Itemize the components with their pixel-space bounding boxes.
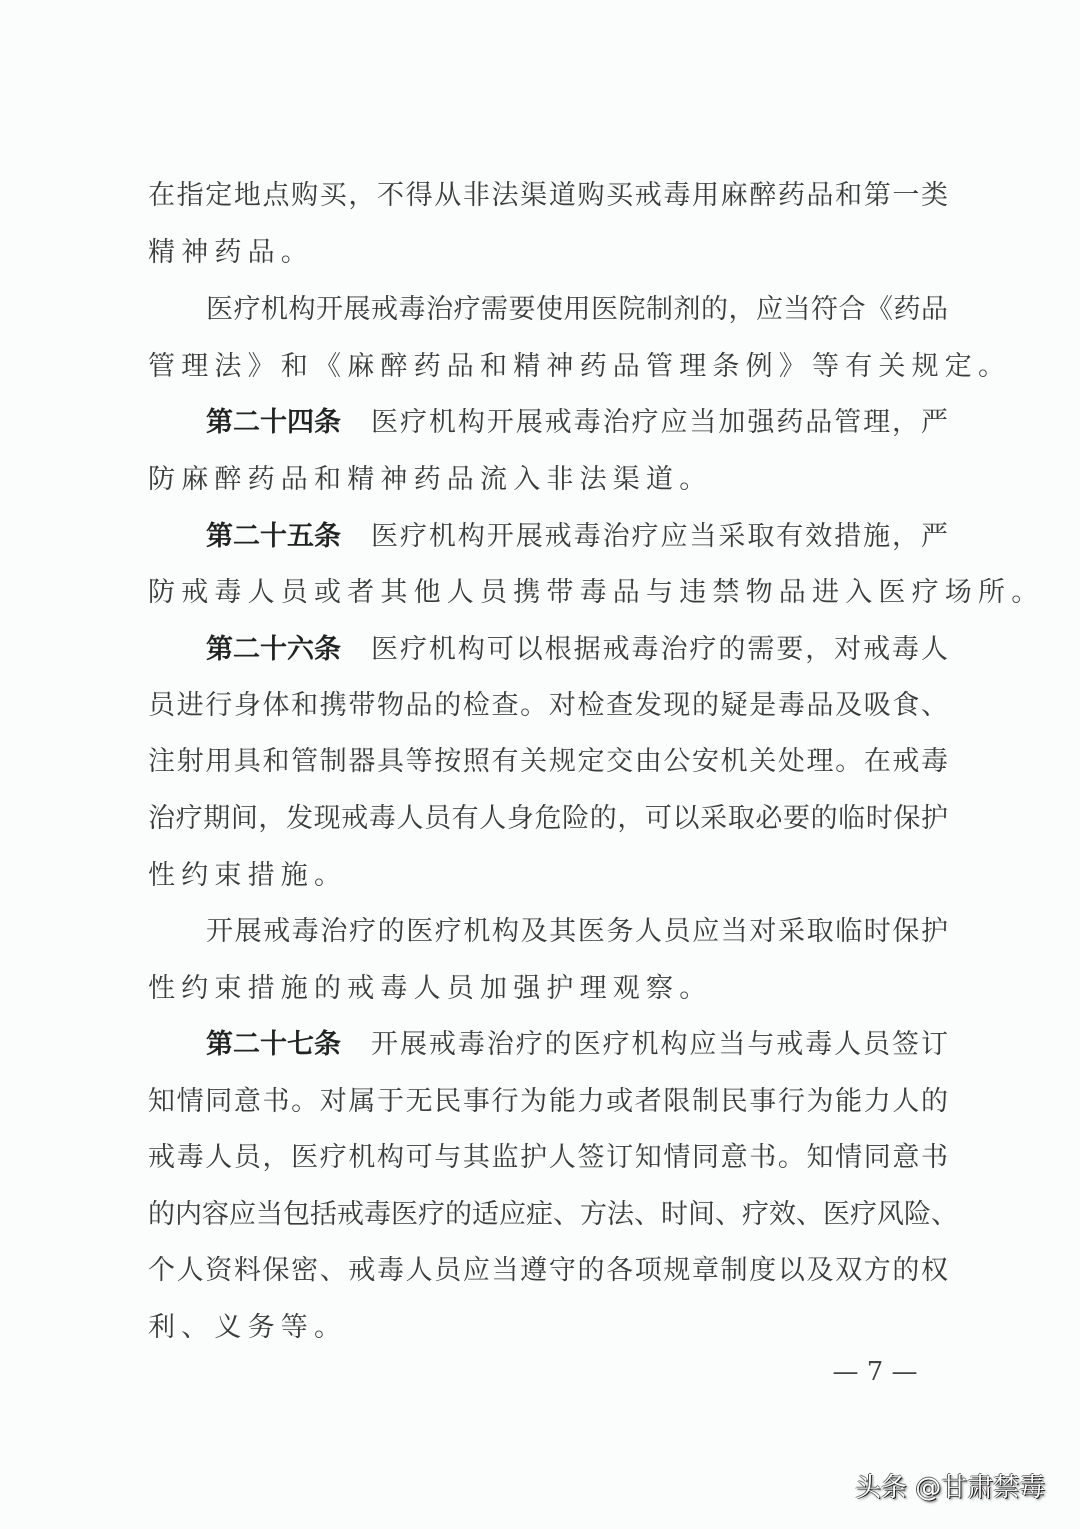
line-text: 精神药品。 bbox=[148, 237, 314, 268]
article-first-line: 第二十七条开展戒毒治疗的医疗机构应当与戒毒人员签订 bbox=[206, 1025, 948, 1065]
text-line: 性约束措施的戒毒人员加强护理观察。 bbox=[148, 969, 948, 1009]
text-line: 知情同意书。对属于无民事行为能力或者限制民事行为能力人的 bbox=[148, 1082, 948, 1122]
line-text: 开展戒毒治疗的医疗机构及其医务人员应当对采取临时保护 bbox=[206, 916, 948, 947]
text-line: 员进行身体和携带物品的检查。对检查发现的疑是毒品及吸食、 bbox=[148, 686, 948, 726]
article-heading: 第二十四条 bbox=[206, 403, 341, 443]
text-line: 利、义务等。 bbox=[148, 1308, 948, 1348]
line-text: 医疗机构开展戒毒治疗需要使用医院制剂的，应当符合《药品 bbox=[206, 294, 948, 325]
text-line: 防戒毒人员或者其他人员携带毒品与违禁物品进入医疗场所。 bbox=[148, 573, 948, 613]
line-text: 利、义务等。 bbox=[148, 1312, 347, 1343]
line-text: 性约束措施。 bbox=[148, 860, 347, 891]
line-text: 知情同意书。对属于无民事行为能力或者限制民事行为能力人的 bbox=[148, 1086, 948, 1117]
line-text: 在指定地点购买，不得从非法渠道购买戒毒用麻醉药品和第一类 bbox=[148, 180, 948, 211]
watermark: 头条 @甘肃禁毒 bbox=[855, 1468, 1075, 1508]
line-text: 开展戒毒治疗的医疗机构应当与戒毒人员签订 bbox=[371, 1025, 948, 1065]
line-text: 戒毒人员，医疗机构可与其监护人签订知情同意书。知情同意书 bbox=[148, 1142, 948, 1173]
article-first-line: 第二十五条医疗机构开展戒毒治疗应当采取有效措施，严 bbox=[206, 517, 948, 557]
text-line: 在指定地点购买，不得从非法渠道购买戒毒用麻醉药品和第一类 bbox=[148, 176, 948, 216]
line-text: 个人资料保密、戒毒人员应当遵守的各项规章制度以及双方的权 bbox=[148, 1255, 948, 1286]
article-heading: 第二十五条 bbox=[206, 517, 341, 557]
text-line: 管理法》和《麻醉药品和精神药品管理条例》等有关规定。 bbox=[148, 347, 948, 387]
line-text: 防麻醉药品和精神药品流入非法渠道。 bbox=[148, 464, 712, 495]
text-line: 性约束措施。 bbox=[148, 856, 948, 896]
text-line: 防麻醉药品和精神药品流入非法渠道。 bbox=[148, 460, 948, 500]
article-heading: 第二十六条 bbox=[206, 630, 341, 670]
line-text: 注射用具和管制器具等按照有关规定交由公安机关处理。在戒毒 bbox=[148, 746, 948, 777]
line-text: 医疗机构可以根据戒毒治疗的需要，对戒毒人 bbox=[371, 630, 948, 670]
article-first-line: 第二十四条医疗机构开展戒毒治疗应当加强药品管理，严 bbox=[206, 403, 948, 443]
text-line: 开展戒毒治疗的医疗机构及其医务人员应当对采取临时保护 bbox=[206, 912, 948, 952]
line-text: 治疗期间，发现戒毒人员有人身危险的，可以采取必要的临时保护 bbox=[148, 803, 948, 834]
text-line: 个人资料保密、戒毒人员应当遵守的各项规章制度以及双方的权 bbox=[148, 1251, 948, 1291]
line-text: 管理法》和《麻醉药品和精神药品管理条例》等有关规定。 bbox=[148, 351, 1011, 382]
line-text: 的内容应当包括戒毒医疗的适应症、方法、时间、疗效、医疗风险、 bbox=[148, 1199, 958, 1230]
line-text: 防戒毒人员或者其他人员携带毒品与违禁物品进入医疗场所。 bbox=[148, 577, 1044, 608]
line-text: 性约束措施的戒毒人员加强护理观察。 bbox=[148, 973, 712, 1004]
document-page: 在指定地点购买，不得从非法渠道购买戒毒用麻醉药品和第一类精神药品。医疗机构开展戒… bbox=[0, 0, 1080, 1529]
text-line: 注射用具和管制器具等按照有关规定交由公安机关处理。在戒毒 bbox=[148, 742, 948, 782]
line-text: 员进行身体和携带物品的检查。对检查发现的疑是毒品及吸食、 bbox=[148, 690, 948, 721]
text-line: 治疗期间，发现戒毒人员有人身危险的，可以采取必要的临时保护 bbox=[148, 799, 948, 839]
text-line: 医疗机构开展戒毒治疗需要使用医院制剂的，应当符合《药品 bbox=[206, 290, 948, 330]
text-line: 戒毒人员，医疗机构可与其监护人签订知情同意书。知情同意书 bbox=[148, 1138, 948, 1178]
page-number: — 7 — bbox=[820, 1352, 930, 1392]
text-line: 精神药品。 bbox=[148, 233, 948, 273]
article-first-line: 第二十六条医疗机构可以根据戒毒治疗的需要，对戒毒人 bbox=[206, 630, 948, 670]
line-text: 医疗机构开展戒毒治疗应当采取有效措施，严 bbox=[371, 517, 948, 557]
text-line: 的内容应当包括戒毒医疗的适应症、方法、时间、疗效、医疗风险、 bbox=[148, 1195, 948, 1235]
line-text: 医疗机构开展戒毒治疗应当加强药品管理，严 bbox=[371, 403, 948, 443]
article-heading: 第二十七条 bbox=[206, 1025, 341, 1065]
